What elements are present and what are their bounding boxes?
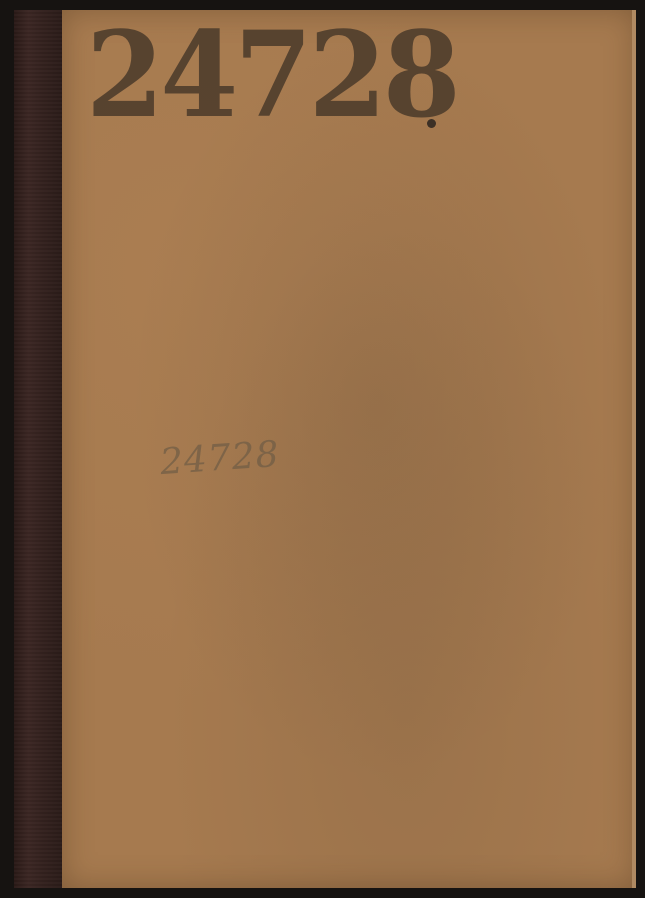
stamped-catalog-number: 24728 <box>86 16 457 134</box>
book-spine <box>14 10 63 888</box>
stamp-period-dot <box>427 119 436 128</box>
book-cover: 24728 24728 <box>62 10 636 888</box>
handwritten-number: 24728 <box>159 434 281 483</box>
cover-edge <box>632 10 636 888</box>
